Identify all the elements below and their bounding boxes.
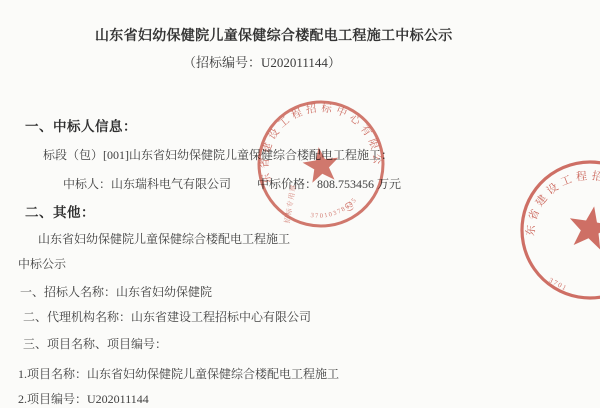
svg-text:山东省建设工程招标中心有限公司: 山东省建设工程招标中心有限公司 (500, 140, 600, 258)
project-title-line: 三、项目名称、项目编号： (23, 335, 167, 352)
official-seal-center: 山东省建设工程招标中心有限公司 37010378645 (2) 招标专用章 (251, 98, 391, 230)
section1-heading: 一、中标人信息： (25, 115, 137, 135)
seal-inner-text: 招标专用章 (282, 183, 298, 224)
official-seal-right: 山东省建设工程招标中心有限公司 3701 (500, 140, 600, 320)
tenderee-line: 一、招标人名称：山东省妇幼保健院 (20, 283, 212, 300)
document-title: 山东省妇幼保健院儿童保健综合楼配电工程施工中标公示 (95, 25, 453, 45)
seal-ring-text: 山东省建设工程招标中心有限公司 (500, 140, 600, 258)
award-publicity-line: 中标公示 (18, 255, 66, 272)
winner-line: 中标人：山东瑞科电气有限公司 (63, 175, 231, 192)
project-name-line: 山东省妇幼保健院儿童保健综合楼配电工程施工 (38, 230, 290, 247)
seal-star-icon (301, 145, 342, 184)
agency-line: 二、代理机构名称：山东省建设工程招标中心有限公司 (23, 308, 311, 325)
seal-star-icon (565, 203, 600, 252)
tender-number-subtitle: （招标编号：U202011144） (183, 52, 341, 71)
document-page: 山东省妇幼保健院儿童保健综合楼配电工程施工中标公示 （招标编号：U2020111… (0, 0, 600, 408)
section2-heading: 二、其他： (25, 201, 95, 221)
project-number-item: 2.项目编号：U202011144 (18, 390, 149, 407)
project-name-item: 1.项目名称：山东省妇幼保健院儿童保健综合楼配电工程施工 (18, 365, 339, 382)
